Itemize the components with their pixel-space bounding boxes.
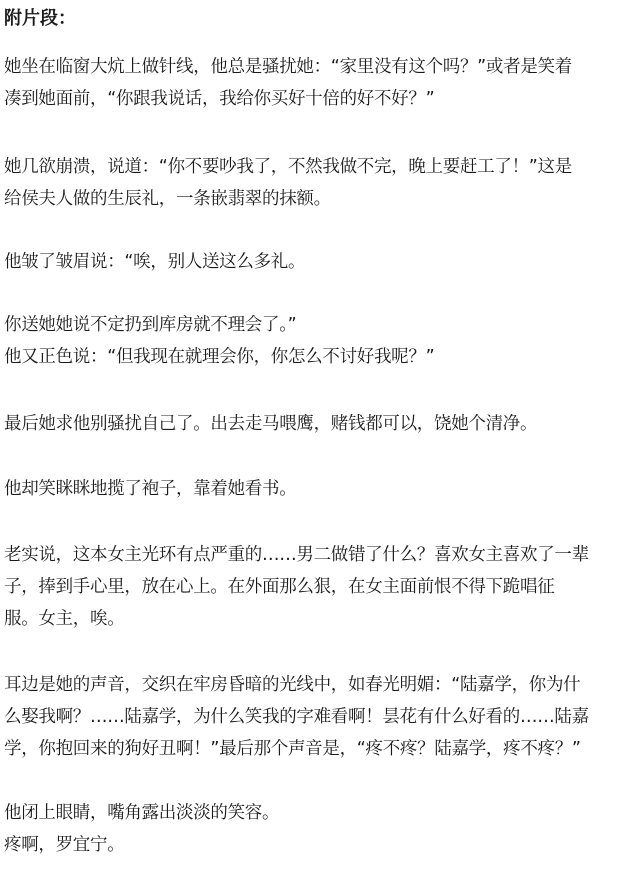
paragraph-line: 你送她她说不定扔到库房就不理会了。” — [4, 310, 630, 342]
paragraph: 他皱了皱眉说：“唉，别人送这么多礼。 — [4, 247, 630, 279]
paragraph-line: 凑到她面前，“你跟我说话，我给你买好十倍的好不好？” — [4, 84, 630, 116]
document: 附片段： — [4, 4, 630, 34]
paragraph-line: 她几欲崩溃，说道：“你不要吵我了，不然我做不完，晚上要赶工了！”这是 — [4, 152, 630, 184]
paragraph-line: 么娶我啊？……陆嘉学，为什么笑我的字难看啊！昙花有什么好看的……陆嘉 — [4, 702, 630, 734]
paragraph-line: 服。女主，唉。 — [4, 604, 630, 636]
paragraph-line: 给侯夫人做的生辰礼，一条嵌翡翠的抹额。 — [4, 184, 630, 216]
paragraph-line: 她坐在临窗大炕上做针线，他总是骚扰她：“家里没有这个吗？”或者是笑着 — [4, 52, 630, 84]
paragraph-line: 学，你抱回来的狗好丑啊！”最后那个声音是，“疼不疼？陆嘉学，疼不疼？” — [4, 734, 630, 766]
paragraph: 她坐在临窗大炕上做针线，他总是骚扰她：“家里没有这个吗？”或者是笑着凑到她面前，… — [4, 52, 630, 116]
paragraph: 最后她求他别骚扰自己了。出去走马喂鹰，赌钱都可以，饶她个清净。 — [4, 409, 630, 441]
paragraph-line: 耳边是她的声音，交织在牢房昏暗的光线中，如春光明媚：“陆嘉学，你为什 — [4, 670, 630, 702]
paragraph: 他却笑眯眯地揽了袍子，靠着她看书。 — [4, 474, 630, 506]
paragraph-line: 他又正色说：“但我现在就理会你，你怎么不讨好我呢？” — [4, 342, 630, 374]
paragraph-line: 子，捧到手心里，放在心上。在外面那么狠，在女主面前恨不得下跪唱征 — [4, 572, 630, 604]
document-title: 附片段： — [4, 4, 630, 34]
paragraph: 他闭上眼睛，嘴角露出淡淡的笑容。疼啊，罗宜宁。 — [4, 798, 630, 862]
paragraph: 你送她她说不定扔到库房就不理会了。”他又正色说：“但我现在就理会你，你怎么不讨好… — [4, 310, 630, 374]
paragraph-line: 他皱了皱眉说：“唉，别人送这么多礼。 — [4, 247, 630, 279]
paragraph-line: 老实说，这本女主光环有点严重的……男二做错了什么？喜欢女主喜欢了一辈 — [4, 540, 630, 572]
paragraph: 耳边是她的声音，交织在牢房昏暗的光线中，如春光明媚：“陆嘉学，你为什么娶我啊？…… — [4, 670, 630, 765]
paragraph-line: 疼啊，罗宜宁。 — [4, 830, 630, 862]
paragraph: 她几欲崩溃，说道：“你不要吵我了，不然我做不完，晚上要赶工了！”这是给侯夫人做的… — [4, 152, 630, 216]
paragraph-line: 他却笑眯眯地揽了袍子，靠着她看书。 — [4, 474, 630, 506]
paragraph: 老实说，这本女主光环有点严重的……男二做错了什么？喜欢女主喜欢了一辈子，捧到手心… — [4, 540, 630, 635]
paragraph-line: 他闭上眼睛，嘴角露出淡淡的笑容。 — [4, 798, 630, 830]
paragraph-line: 最后她求他别骚扰自己了。出去走马喂鹰，赌钱都可以，饶她个清净。 — [4, 409, 630, 441]
